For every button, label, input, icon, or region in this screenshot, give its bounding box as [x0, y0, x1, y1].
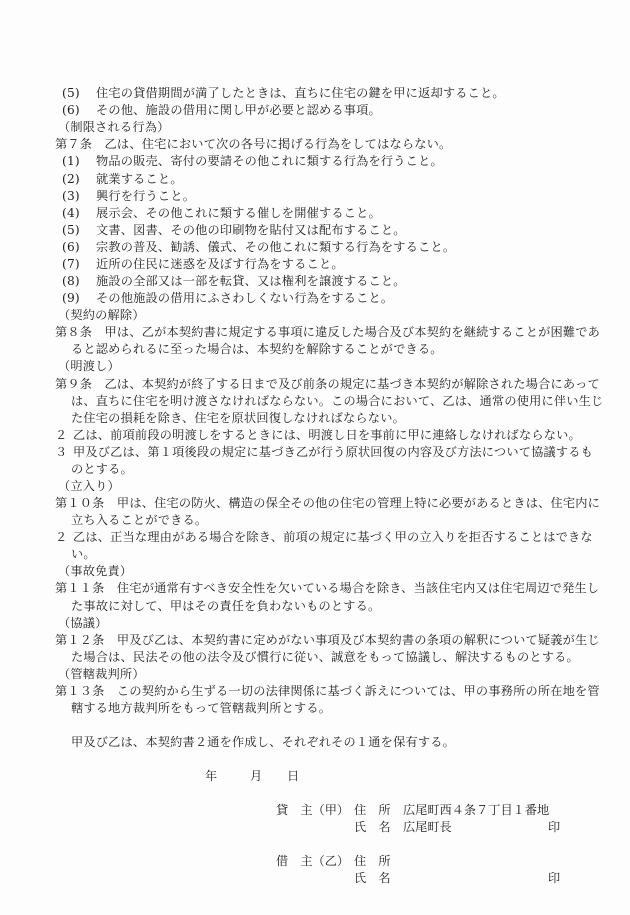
item-number: (3)	[62, 188, 96, 205]
article10-line1: 第１０条 甲は、住宅の防火、構造の保全その他の住宅の管理上特に必要があるときは、…	[55, 495, 600, 512]
article12-line1: 第１２条 甲及び乙は、本契約書に定めがない事項及び本契約書の条項の解釈について疑…	[55, 632, 600, 649]
item-text: その他、施設の借用に関し甲が必要と認める事項。	[96, 103, 381, 117]
closing-statement: 甲及び乙は、本契約書２通を作成し、それぞれその１通を保有する。	[71, 734, 455, 751]
lender-seal-mark: 印	[548, 819, 560, 836]
item-number: (8)	[62, 273, 96, 290]
article11-heading: （事故免責）	[58, 563, 132, 580]
borrower-seal-mark: 印	[548, 870, 560, 887]
borrower-address-label: 住 所	[354, 853, 391, 870]
article9-para2: ２乙は、前項前段の明渡しをするときには、明渡し日を事前に甲に連絡しなければならな…	[55, 427, 581, 444]
article7-item-5: (5)文書、図書、その他の印刷物を貼付又は配布すること。	[62, 222, 406, 239]
item-number: (4)	[62, 205, 96, 222]
item-text: 文書、図書、その他の印刷物を貼付又は配布すること。	[96, 223, 406, 237]
article9-para3: ３甲及び乙は、第１項後段の規定に基づき乙が行う原状回復の内容及び方法について協議…	[55, 444, 593, 461]
article7-item-9: (9)その他施設の借用にふさわしくない行為をすること。	[62, 290, 393, 307]
article8-line1: 第８条 甲は、乙が本契約書に規定する事項に違反した場合及び本契約を継続することが…	[55, 324, 600, 341]
article13-line1: 第１３条 この契約から生ずる一切の法律関係に基づく訴えについては、甲の事務所の所…	[55, 683, 600, 700]
item-text: 就業すること。	[96, 172, 183, 186]
item-text: 宗教の普及、勧誘、儀式、その他これに類する行為をすること。	[96, 240, 455, 254]
item-number: (6)	[62, 102, 96, 119]
article7-item-8: (8)施設の全部又は一部を転貸、又は権利を譲渡すること。	[62, 273, 406, 290]
article13-heading: （管轄裁判所）	[58, 666, 145, 683]
borrower-role: 借 主（乙）	[276, 853, 349, 870]
item-number: (9)	[62, 290, 96, 307]
item-number: (2)	[62, 171, 96, 188]
lender-address: 広尾町西４条７丁目１番地	[403, 802, 549, 819]
article10-heading: （立入り）	[58, 478, 120, 495]
article7-item-1: (1)物品の販売、寄付の要請その他これに類する行為を行うこと。	[62, 153, 443, 170]
article7-item-4: (4)展示会、その他これに類する催しを開催すること。	[62, 205, 381, 222]
item-number: (5)	[62, 222, 96, 239]
article7-item-3: (3)興行を行うこと。	[62, 188, 195, 205]
article9-line2: は、直ちに住宅を明け渡さなければならない。この場合において、乙は、通常の使用に伴…	[71, 393, 603, 410]
article7-item-6: (6)宗教の普及、勧誘、儀式、その他これに類する行為をすること。	[62, 239, 455, 256]
lender-name-label: 氏 名	[354, 819, 391, 836]
article7-item-7: (7)近所の住民に迷惑を及ぼす行為をすること。	[62, 256, 344, 273]
paragraph-number: ２	[55, 427, 73, 444]
item-text: 近所の住民に迷惑を及ぼす行為をすること。	[96, 257, 344, 271]
item-number: (5)	[62, 85, 96, 102]
article12-line2: た場合は、民法その他の法令及び慣行に従い、誠意をもって協議し、解決するものとする…	[71, 649, 579, 666]
date-day-label: 日	[287, 768, 299, 785]
item-text: 施設の全部又は一部を転貸、又は権利を譲渡すること。	[96, 274, 406, 288]
article11-line2: た事故に対して、甲はその責任を負わないものとする。	[71, 598, 380, 615]
borrower-name-label: 氏 名	[354, 870, 391, 887]
date-year-label: 年	[205, 768, 217, 785]
article10-para2: ２乙は、正当な理由がある場合を除き、前項の規定に基づく甲の立入りを拒否することは…	[55, 529, 593, 546]
paragraph-text: 甲及び乙は、第１項後段の規定に基づき乙が行う原状回復の内容及び方法について協議す…	[73, 445, 593, 459]
article7-text: 第７条 乙は、住宅において次の各号に掲げる行為をしてはならない。	[55, 136, 451, 153]
paragraph-text: 乙は、正当な理由がある場合を除き、前項の規定に基づく甲の立入りを拒否することはで…	[73, 530, 593, 544]
article6-item-6: (6)その他、施設の借用に関し甲が必要と認める事項。	[62, 102, 381, 119]
paragraph-number: ３	[55, 444, 73, 461]
contract-page: (5)住宅の貸借期間が満了したときは、直ちに住宅の鍵を甲に返却すること。 (6)…	[0, 0, 630, 915]
article7-item-2: (2)就業すること。	[62, 171, 183, 188]
paragraph-number: ２	[55, 529, 73, 546]
article12-heading: （協議）	[58, 615, 108, 632]
item-number: (7)	[62, 256, 96, 273]
article9-heading: （明渡し）	[58, 358, 120, 375]
article9-para3-line2: のとする。	[71, 461, 133, 478]
article9-line3: た住宅の損耗を除き、住宅を原状回復しなければならない。	[71, 410, 405, 427]
item-text: 興行を行うこと。	[96, 189, 195, 203]
article6-item-5: (5)住宅の貸借期間が満了したときは、直ちに住宅の鍵を甲に返却すること。	[62, 85, 505, 102]
item-text: 展示会、その他これに類する催しを開催すること。	[96, 206, 381, 220]
article8-line2: ると認められるに至った場合は、本契約を解除することができる。	[71, 341, 443, 358]
lender-role: 貸 主（甲）	[276, 802, 349, 819]
article9-line1: 第９条 乙は、本契約が終了する日まで及び前条の規定に基づき本契約が解除された場合…	[55, 376, 600, 393]
lender-address-label: 住 所	[354, 802, 391, 819]
article11-line1: 第１１条 住宅が通常有すべき安全性を欠いている場合を除き、当該住宅内又は住宅周辺…	[55, 580, 599, 597]
lender-name: 広尾町長	[403, 819, 452, 836]
article13-line2: 轄する地方裁判所をもって管轄裁判所とする。	[71, 700, 331, 717]
article10-para2-line2: い。	[71, 546, 96, 563]
article8-heading: （契約の解除）	[58, 307, 145, 324]
article10-line2: 立ち入ることができる。	[71, 512, 207, 529]
item-number: (6)	[62, 239, 96, 256]
item-text: その他施設の借用にふさわしくない行為をすること。	[96, 291, 393, 305]
item-number: (1)	[62, 153, 96, 170]
item-text: 物品の販売、寄付の要請その他これに類する行為を行うこと。	[96, 154, 443, 168]
item-text: 住宅の貸借期間が満了したときは、直ちに住宅の鍵を甲に返却すること。	[96, 86, 505, 100]
article7-heading: （制限される行為）	[58, 119, 170, 136]
paragraph-text: 乙は、前項前段の明渡しをするときには、明渡し日を事前に甲に連絡しなければならない…	[73, 428, 581, 442]
date-month-label: 月	[250, 768, 262, 785]
